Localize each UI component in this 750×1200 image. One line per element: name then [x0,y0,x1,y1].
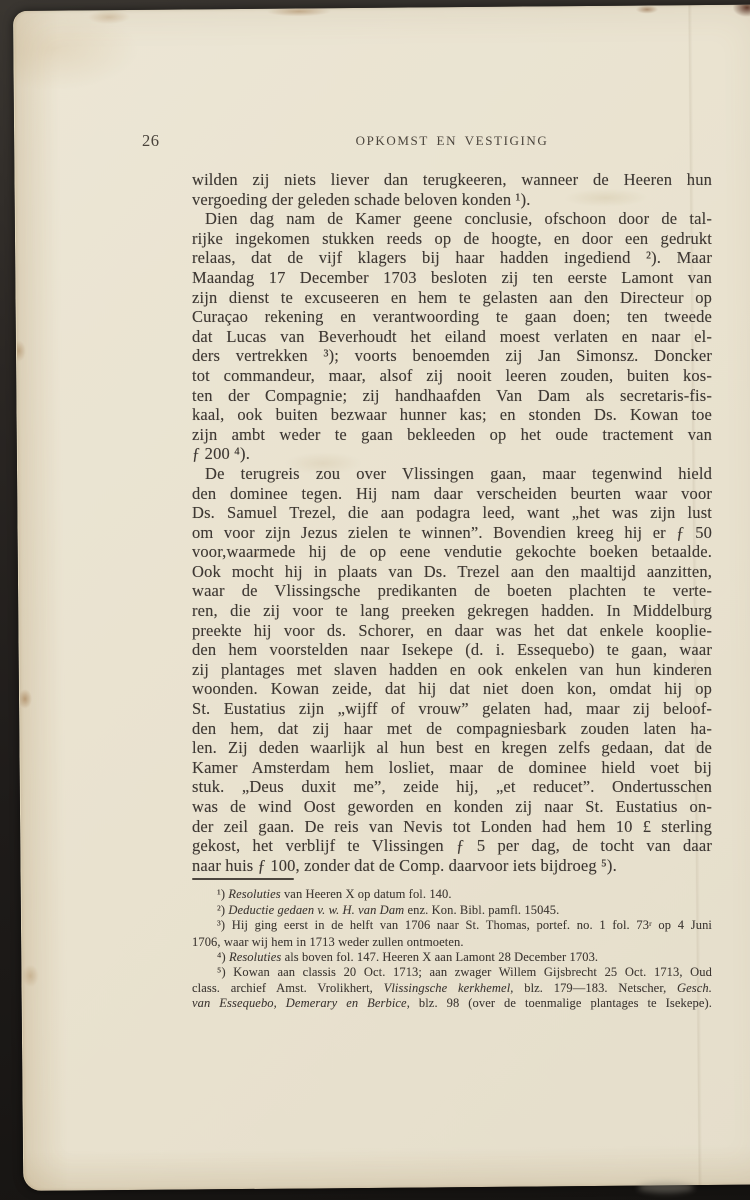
body-line: was de wind Oost geworden en konden zij … [192,797,712,817]
body-line: ren, die zij voor te lang preeken gekreg… [192,601,712,621]
page-content: 26 OPKOMST EN VESTIGING wilden zij niets… [192,130,712,1012]
body-line: om voor zijn Jezus zielen te winnen”. Bo… [192,523,712,543]
body-line: zij plantages met slaven hadden en ook e… [192,660,712,680]
body-line: kaal, ook buiten bezwaar hunner kas; en … [192,405,712,425]
body-line: preekte hij voor ds. Schorer, en daar wa… [192,621,712,641]
body-line: len. Zij deden waarlijk al hun best en k… [192,738,712,758]
body-line: naar huis ƒ 100, zonder dat de Comp. daa… [192,856,712,876]
page-number: 26 [142,130,160,152]
footnote-line: ⁴) Resoluties als boven fol. 147. Heeren… [192,950,712,965]
body-line: Maandag 17 December 1703 besloten zij te… [192,268,712,288]
footnote-line: ¹) Resoluties van Heeren X op datum fol.… [192,887,712,902]
body-line: woonden. Kowan zeide, dat hij dat niet d… [192,679,712,699]
body-line: den hem, dat zij haar met de compagniesb… [192,719,712,739]
body-line: ƒ 200 ⁴). [192,444,712,464]
body-line: relaas, dat de vijf klagers bij haar had… [192,248,712,268]
body-line: Dien dag nam de Kamer geene conclusie, o… [192,209,712,229]
footnote-line: van Essequebo, Demerary en Berbice, blz.… [192,996,712,1011]
body-line: den hem voorstelden naar Isekepe (d. i. … [192,640,712,660]
body-line: De terugreis zou over Vlissingen gaan, m… [192,464,712,484]
body-line: dat Lucas van Beverhoudt het eiland moes… [192,327,712,347]
body-line: vergoeding der geleden schade beloven ko… [192,190,712,210]
footnotes: ¹) Resoluties van Heeren X op datum fol.… [192,887,712,1011]
body-line: Kamer Amsterdam hem losliet, maar de dom… [192,758,712,778]
body-line: der zeil gaan. De reis van Nevis tot Lon… [192,817,712,837]
footnote-line: class. archief Amst. Vrolikhert, Vlissin… [192,981,712,996]
body-text: wilden zij niets liever dan terugkeeren,… [192,170,712,875]
body-line: Curaçao rekening en verantwoording te ga… [192,307,712,327]
body-line: ten der Compagnie; zij handhaafden Van D… [192,386,712,406]
footnote-line: 1706, waar wij hem in 1713 weder zullen … [192,935,712,950]
body-line: den dominee tegen. Hij nam daar verschei… [192,484,712,504]
footnote-line: ⁵) Kowan aan classis 20 Oct. 1713; aan z… [192,965,712,980]
body-line: Ds. Samuel Trezel, die aan podagra leed,… [192,503,712,523]
body-line: Ook mocht hij in plaats van Ds. Trezel a… [192,562,712,582]
body-line: zijn ambt weder te gaan bekleeden op het… [192,425,712,445]
body-line: waar de Vlissingsche predikanten de boet… [192,581,712,601]
body-line: zijn dienst te excuseeren en hem te gela… [192,288,712,308]
body-line: tot commandeur, maar, alsof zij nooit le… [192,366,712,386]
footnote-line: ³) Hij ging eerst in de helft van 1706 n… [192,918,712,934]
body-line: St. Eustatius zijn „wijff of vrouw” gela… [192,699,712,719]
scan-smudge [638,1182,694,1193]
body-line: gekost, het verblijf te Vlissingen ƒ 5 p… [192,836,712,856]
body-line: rijke ingekomen stukken reeds op de hoog… [192,229,712,249]
page-header: 26 OPKOMST EN VESTIGING [192,130,712,152]
running-title: OPKOMST EN VESTIGING [192,130,712,152]
footnote-line: ²) Deductie gedaen v. w. H. van Dam enz.… [192,903,712,918]
body-line: stuk. „Deus duxit me”, zeide hij, „et re… [192,777,712,797]
body-line: wilden zij niets liever dan terugkeeren,… [192,170,712,190]
body-line: ders vertrekken ³); voorts benoemden zij… [192,346,712,366]
body-line: voor,waarmede hij de op eene vendutie ge… [192,542,712,562]
scan-background: { "colors": { "paper": "#e9e2cf", "ink":… [0,0,750,1200]
footnote-separator [192,878,294,880]
